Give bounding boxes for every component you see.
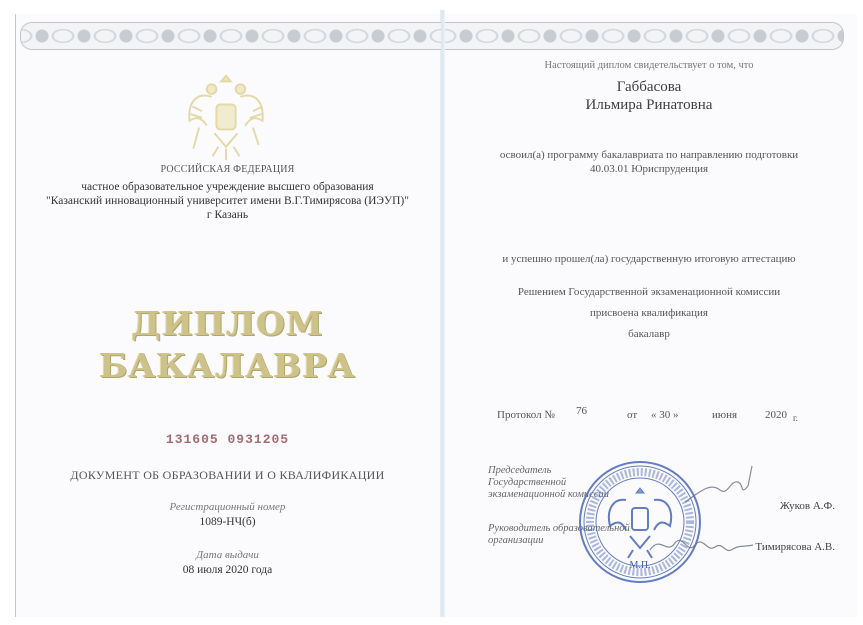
issue-date-label: Дата выдачи bbox=[15, 549, 440, 561]
official-seal-icon: М.П. bbox=[578, 460, 702, 584]
graduate-given-names: Ильмира Ринатовна bbox=[441, 96, 857, 114]
institution-name: "Казанский инновационный университет име… bbox=[15, 194, 440, 208]
protocol-day: « 30 » bbox=[651, 409, 679, 421]
coat-of-arms-icon bbox=[178, 68, 274, 164]
qualification-label: присвоена квалификация bbox=[441, 303, 857, 324]
country-name: РОССИЙСКАЯ ФЕДЕРАЦИЯ bbox=[15, 164, 440, 175]
qualification-block: Решением Государственной экзаменационной… bbox=[441, 282, 857, 345]
decision-text: Решением Государственной экзаменационной… bbox=[441, 282, 857, 303]
certification-intro: Настоящий диплом свидетельствует о том, … bbox=[441, 60, 857, 71]
issue-date: 08 июля 2020 года bbox=[15, 564, 440, 576]
protocol-month: июня bbox=[712, 409, 737, 421]
protocol-year: 2020 bbox=[765, 409, 787, 421]
attestation-text: и успешно прошел(ла) государственную ито… bbox=[441, 253, 857, 265]
registration-number: 1089-НЧ(б) bbox=[15, 516, 440, 528]
graduate-surname: Габбасова bbox=[441, 78, 857, 96]
diploma-title-line1: ДИПЛОМ bbox=[15, 303, 440, 345]
chair-name: Жуков А.Ф. bbox=[780, 500, 835, 512]
protocol-year-suffix: г. bbox=[793, 413, 798, 423]
institution-city: г Казань bbox=[15, 208, 440, 222]
stamp-letters: М.П. bbox=[629, 560, 650, 571]
program-code: 40.03.01 Юриспруденция bbox=[441, 162, 857, 176]
institution-type: частное образовательное учреждение высше… bbox=[15, 180, 440, 194]
serial-number: 131605 0931205 bbox=[15, 432, 440, 447]
head-name: Тимирясова А.В. bbox=[755, 541, 835, 553]
protocol-from-label: от bbox=[627, 409, 637, 421]
ornament-border-right bbox=[445, 22, 844, 50]
qualification-value: бакалавр bbox=[441, 324, 857, 345]
institution-block: частное образовательное учреждение высше… bbox=[15, 180, 440, 222]
diploma-title: ДИПЛОМ БАКАЛАВРА bbox=[15, 303, 440, 387]
program-block: освоил(а) программу бакалавриата по напр… bbox=[441, 148, 857, 176]
ornament-border-left bbox=[20, 22, 441, 50]
diploma-title-line2: БАКАЛАВРА bbox=[15, 345, 440, 387]
protocol-number: 76 bbox=[576, 405, 587, 417]
document-type: ДОКУМЕНТ ОБ ОБРАЗОВАНИИ И О КВАЛИФИКАЦИИ bbox=[15, 468, 440, 483]
graduate-name: Габбасова Ильмира Ринатовна bbox=[441, 78, 857, 114]
program-text: освоил(а) программу бакалавриата по напр… bbox=[441, 148, 857, 162]
protocol-label: Протокол № bbox=[497, 409, 555, 421]
registration-label: Регистрационный номер bbox=[15, 501, 440, 513]
